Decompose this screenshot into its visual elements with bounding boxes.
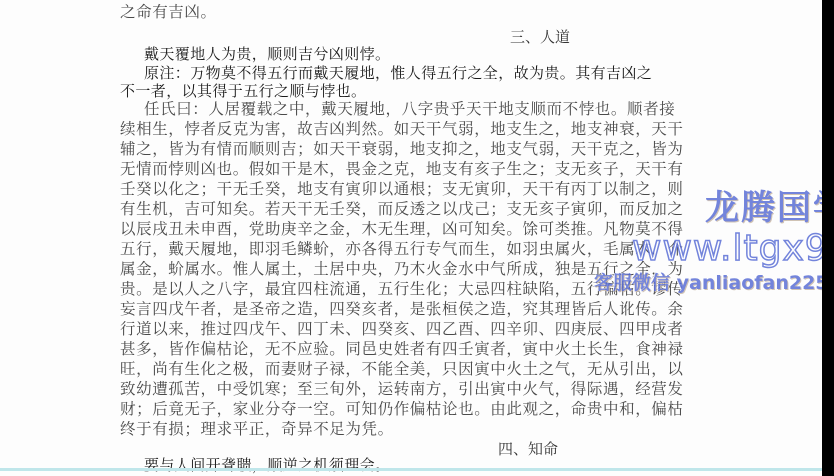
text-line: 行道以来，推过四戊午、四丁未、四癸亥、四乙酉、四辛卯、四庚辰、四甲戌者 [120,320,684,339]
text-line: 戴天覆地人为贵，顺则吉兮凶则悖。 [144,45,390,64]
text-line: 甚多，皆作偏枯论，无不应验。同邑史姓者有四壬寅者，寅中火土长生，食神禄 [120,340,684,359]
text-line: 旺，尚有生化之极，而妻财子禄，不能全美，只因寅中火土之气，无从引出，以 [120,360,684,379]
watermark-url: www.ltgx99.com [632,228,834,269]
text-line: 终于有损；理求平正，奇异不足为凭。 [120,420,394,439]
watermark-contact: 客服微信 yanliaofan225 [594,268,829,295]
section-heading: 三、人道 [510,26,570,47]
text-line: 无情而悖则凶也。假如干是木，畏金之克，地支有亥子生之；支无亥子，天干有 [120,160,684,179]
text-line: 妄言四戊午者，是圣帝之造，四癸亥者，是张桓侯之造，究其理皆后人讹传。余 [120,300,684,319]
text-line: 有生机，吉可知矣。若天干无壬癸，而反透之以戊己；支无亥子寅卯，而反加之 [120,200,684,219]
text-line: 辅之，皆为有情而顺则吉；如天干衰弱，地支抑之，地支气弱，天干克之，皆为 [120,140,684,159]
text-line: 以辰戌丑未申酉，党助庚辛之金，木无生理，凶可知矣。馀可类推。凡物莫不得 [120,220,684,239]
text-line: 致幼遭孤苦，中受饥寒；至三旬外，运转南方，引出寅中火气，得际遇，经营发 [120,380,684,399]
verse-line-zhiming: 要与人间开聋聩，顺逆之机须理会。 [144,456,390,475]
text-line: 续相生，悖者反克为害，故吉凶判然。如天干气弱，地支生之，地支神衰，天干 [120,120,684,139]
text-line: 五行，戴天履地，即羽毛鳞蚧，亦各得五行专气而生，如羽虫属火，毛属木，介 [120,240,684,259]
text-line: 原注：万物莫不得五行而戴天履地，惟人得五行之全，故为贵。其有吉凶之 [144,64,652,83]
text-line: 财；后竟无子，家业分夺一空。可知仍作偏枯论也。由此观之，命贵中和，偏枯 [120,400,684,419]
document-page: 之命有吉凶。戴天覆地人为贵，顺则吉兮凶则悖。原注：万物莫不得五行而戴天履地，惟人… [0,0,822,476]
section-heading: 四、知命 [498,438,558,459]
text-line: 任氏曰：人居覆载之中，戴天履地，八字贵乎天干地支顺而不悖也。顺者接 [144,100,675,119]
page-bottom-border [0,468,822,471]
text-line: 不一者，以其得于五行之顺与悖也。 [120,82,366,101]
black-edge-strip [822,0,834,476]
text-line: 壬癸以化之；干无壬癸，地支有寅卯以通根；支无寅卯，天干有丙丁以制之，则 [120,180,684,199]
text-line: 之命有吉凶。 [120,3,217,22]
watermark-site-name: 龙腾国学网 [705,180,834,229]
